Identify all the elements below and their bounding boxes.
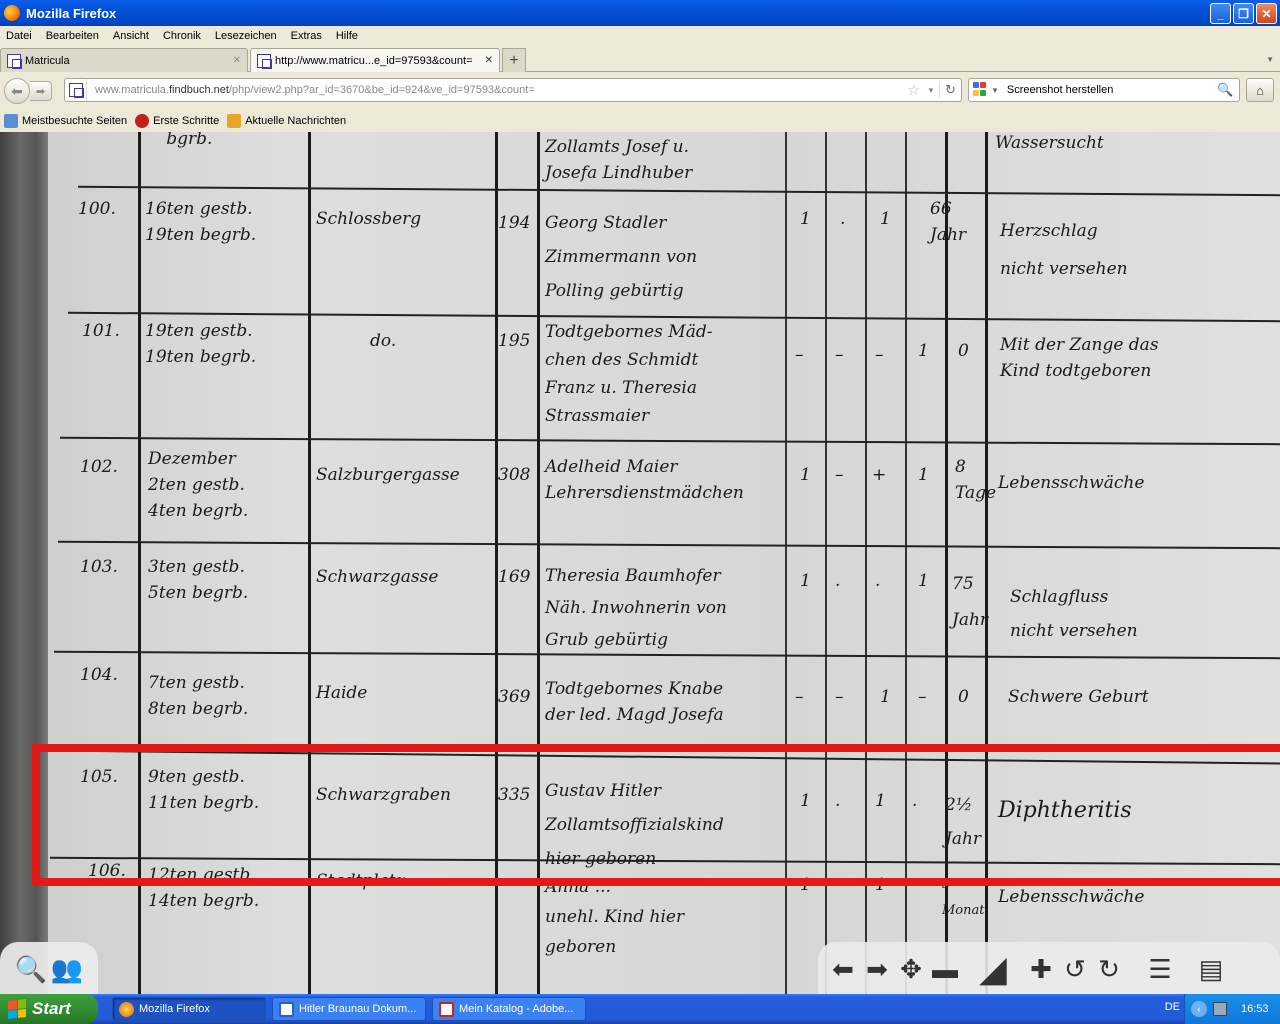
firefox-icon [4,5,20,21]
page-list-icon[interactable]: ▤ [1196,949,1226,989]
viewer-toolbar: ⬅ ➡ ✥ ▬ ◢ ✚ ↺ ↻ ☰ ▤ [818,942,1280,994]
menu-lesezeichen[interactable]: Lesezeichen [215,30,277,42]
language-indicator[interactable]: DE [1165,1001,1180,1013]
close-tab-icon[interactable]: ✕ [485,55,493,66]
register-number: 100. [78,196,116,222]
register-cause: Wassersucht [995,132,1104,156]
register-age: 8 Tage [955,454,996,506]
menu-extras[interactable]: Extras [291,30,322,42]
tab-list-dropdown-icon[interactable]: ▼ [1266,55,1274,64]
register-col1: 1 [800,568,811,594]
taskbar-item-firefox[interactable]: Mozilla Firefox [112,997,266,1021]
register-number: 103. [80,554,118,580]
next-page-icon[interactable]: ➡ [862,949,892,989]
register-name: Todtgebornes Knabe der led. Magd Josefa [545,676,724,728]
register-age: 75 Jahr [952,566,988,638]
taskbar-item-word[interactable]: Hitler Braunau Dokum... [272,997,426,1021]
search-icon[interactable]: 🔍 [16,949,46,989]
bookmark-first-steps[interactable]: Erste Schritte [135,114,219,128]
register-house: 369 [498,684,530,710]
navigation-bar: ⬅ ➡ www.matricula.findbuch.net/php/view2… [0,72,1280,108]
register-house: 308 [498,462,530,488]
new-tab-button[interactable]: + [502,48,526,72]
register-date: bgrb. [150,132,212,152]
viewer-tools-left: 🔍 👥 [0,942,98,994]
back-button[interactable]: ⬅ [4,78,30,104]
register-col4: 1 [918,338,929,364]
reload-icon[interactable]: ↻ [939,82,961,98]
menu-bar: Datei Bearbeiten Ansicht Chronik Lesezei… [0,26,1280,46]
zoom-out-icon[interactable]: ▬ [930,949,960,989]
start-button[interactable]: Start [0,994,98,1024]
history-dropdown-icon[interactable]: ▼ [927,86,939,95]
rotate-left-icon[interactable]: ↺ [1060,949,1090,989]
url-input[interactable]: www.matricula.findbuch.net/php/view2.php… [87,84,907,96]
most-visited-icon [4,114,18,128]
url-domain: findbuch.net [169,84,229,96]
search-bar[interactable]: ▼ Screenshot herstellen 🔍 [968,78,1240,102]
start-label: Start [32,999,71,1019]
site-favicon-icon [257,54,271,68]
url-path: /php/view2.php?ar_id=3670&be_id=924&ve_i… [229,84,535,96]
register-cause: Schwere Geburt [1008,684,1149,710]
bookmark-most-visited[interactable]: Meistbesuchte Seiten [4,114,127,128]
register-place: do. [370,328,396,354]
title-bar: Mozilla Firefox _ ❐ ✕ [0,0,1280,26]
highlight-box [32,744,1280,886]
firefox-icon [135,114,149,128]
menu-datei[interactable]: Datei [6,30,32,42]
network-icon[interactable] [1213,1002,1227,1016]
bookmark-label: Erste Schritte [153,115,219,127]
register-house: 194 [498,210,530,236]
tab-view2[interactable]: http://www.matricu...e_id=97593&count= ✕ [250,48,500,72]
google-icon[interactable] [973,82,987,98]
group-icon[interactable]: 👥 [52,949,82,989]
arrow-right-icon: ➡ [36,85,45,98]
task-label: Mein Katalog - Adobe... [459,1003,573,1015]
register-date: 7ten gestb. 8ten begrb. [148,670,248,722]
register-date: 19ten gestb. 19ten begrb. [145,318,256,370]
register-col2: – [835,462,844,488]
register-col4: 1 [918,462,929,488]
url-prefix: www.matricula. [95,84,169,96]
register-cause: Schlagfluss nicht versehen [1010,580,1138,648]
register-place: Schwarzgasse [316,564,438,590]
address-bar[interactable]: www.matricula.findbuch.net/php/view2.php… [64,78,962,102]
search-input[interactable]: Screenshot herstellen [1007,84,1217,96]
register-col1: 1 [800,206,811,232]
register-col4: – [918,684,927,710]
tab-label: Matricula [25,55,70,67]
register-number: 104. [80,662,118,688]
register-house: 195 [498,328,530,354]
register-name: Zollamts Josef u. Josefa Lindhuber [545,134,692,186]
task-label: Mozilla Firefox [139,1003,210,1015]
register-col3: + [872,462,886,488]
register-age: 0 [958,684,969,710]
tab-matricula[interactable]: Matricula ✕ [0,48,248,72]
bookmark-label: Aktuelle Nachrichten [245,115,346,127]
magnifier-icon[interactable]: 🔍 [1217,82,1239,98]
register-col1: – [795,684,804,710]
register-col1: 1 [800,462,811,488]
register-date: Dezember 2ten gestb. 4ten begrb. [148,446,248,524]
forward-button[interactable]: ➡ [30,81,52,101]
bookmark-label: Meistbesuchte Seiten [22,115,127,127]
previous-page-icon[interactable]: ⬅ [828,949,858,989]
site-identity-button[interactable] [65,79,87,101]
zoom-slider-icon[interactable]: ◢ [964,949,1022,989]
site-favicon-icon [69,83,83,97]
maximize-button[interactable]: ❐ [1233,3,1254,24]
register-number: 101. [82,318,120,344]
register-name: Todtgebornes Mäd- chen des Schmidt Franz… [545,318,712,430]
register-col3: . [875,568,880,594]
register-col3: 1 [880,684,891,710]
register-cause: Lebensschwäche [998,884,1144,910]
menu-chronik[interactable]: Chronik [163,30,201,42]
home-icon: ⌂ [1256,83,1264,98]
register-col1: – [795,342,804,368]
register-name: Georg Stadler Zimmermann von Polling geb… [545,206,697,308]
word-document-icon [279,1002,294,1017]
taskbar: Start Mozilla Firefox Hitler Braunau Dok… [0,994,1280,1024]
register-col2: – [835,684,844,710]
task-label: Hitler Braunau Dokum... [299,1003,416,1015]
tab-bar: Matricula ✕ http://www.matricu...e_id=97… [0,46,1280,72]
bookmark-star-icon[interactable]: ☆ [907,81,927,99]
minimize-button[interactable]: _ [1210,3,1231,24]
home-button[interactable]: ⌂ [1246,78,1274,102]
firefox-icon [119,1002,134,1017]
register-cause: Lebensschwäche [998,470,1144,496]
document-viewer[interactable]: bgrb. Zollamts Josef u. Josefa Lindhuber… [0,132,1280,994]
register-place: Haide [316,680,367,706]
register-number: 102. [80,454,118,480]
register-date: 3ten gestb. 5ten begrb. [148,554,248,606]
register-col3: 1 [880,206,891,232]
taskbar-item-adobe[interactable]: Mein Katalog - Adobe... [432,997,586,1021]
tab-label: http://www.matricu...e_id=97593&count= [275,55,473,67]
register-col2: . [840,206,845,232]
register-col2: – [835,342,844,368]
register-date: 16ten gestb. 19ten begrb. [145,196,256,248]
clock[interactable]: 16:53 [1241,1003,1269,1015]
rotate-right-icon[interactable]: ↻ [1094,949,1124,989]
bookmarks-toolbar: Meistbesuchte Seiten Erste Schritte Aktu… [0,110,1280,132]
register-col2: . [835,568,840,594]
search-engine-dropdown-icon[interactable]: ▼ [991,86,999,95]
adobe-icon [439,1002,454,1017]
site-favicon-icon [7,54,21,68]
zoom-in-icon[interactable]: ✚ [1026,949,1056,989]
close-button[interactable]: ✕ [1256,3,1277,24]
register-cause: Mit der Zange das Kind todtgeboren [1000,332,1159,384]
windows-logo-icon [8,999,26,1019]
menu-bearbeiten[interactable]: Bearbeiten [46,30,99,42]
register-name: Theresia Baumhofer Näh. Inwohnerin von G… [545,560,727,656]
window-title: Mozilla Firefox [26,6,116,21]
pan-icon[interactable]: ✥ [896,949,926,989]
contrast-slider-icon[interactable]: ☰ [1128,949,1192,989]
register-age: 0 [958,338,969,364]
bookmark-latest-news[interactable]: Aktuelle Nachrichten [227,114,346,128]
register-name: Adelheid Maier Lehrersdienstmädchen [545,454,744,506]
register-place: Schlossberg [316,206,421,232]
close-tab-icon[interactable]: ✕ [233,55,241,66]
system-tray: ‹ 16:53 [1184,994,1280,1024]
register-age: 66 Jahr [930,196,966,248]
register-place: Salzburgergasse [316,462,460,488]
register-cause: Herzschlag nicht versehen [1000,212,1128,288]
rss-feed-icon [227,114,241,128]
arrow-left-icon: ⬅ [11,83,23,100]
show-hidden-icons-icon[interactable]: ‹ [1191,1001,1207,1017]
register-house: 169 [498,564,530,590]
register-col3: – [875,342,884,368]
register-col4: 1 [918,568,929,594]
menu-hilfe[interactable]: Hilfe [336,30,358,42]
menu-ansicht[interactable]: Ansicht [113,30,149,42]
